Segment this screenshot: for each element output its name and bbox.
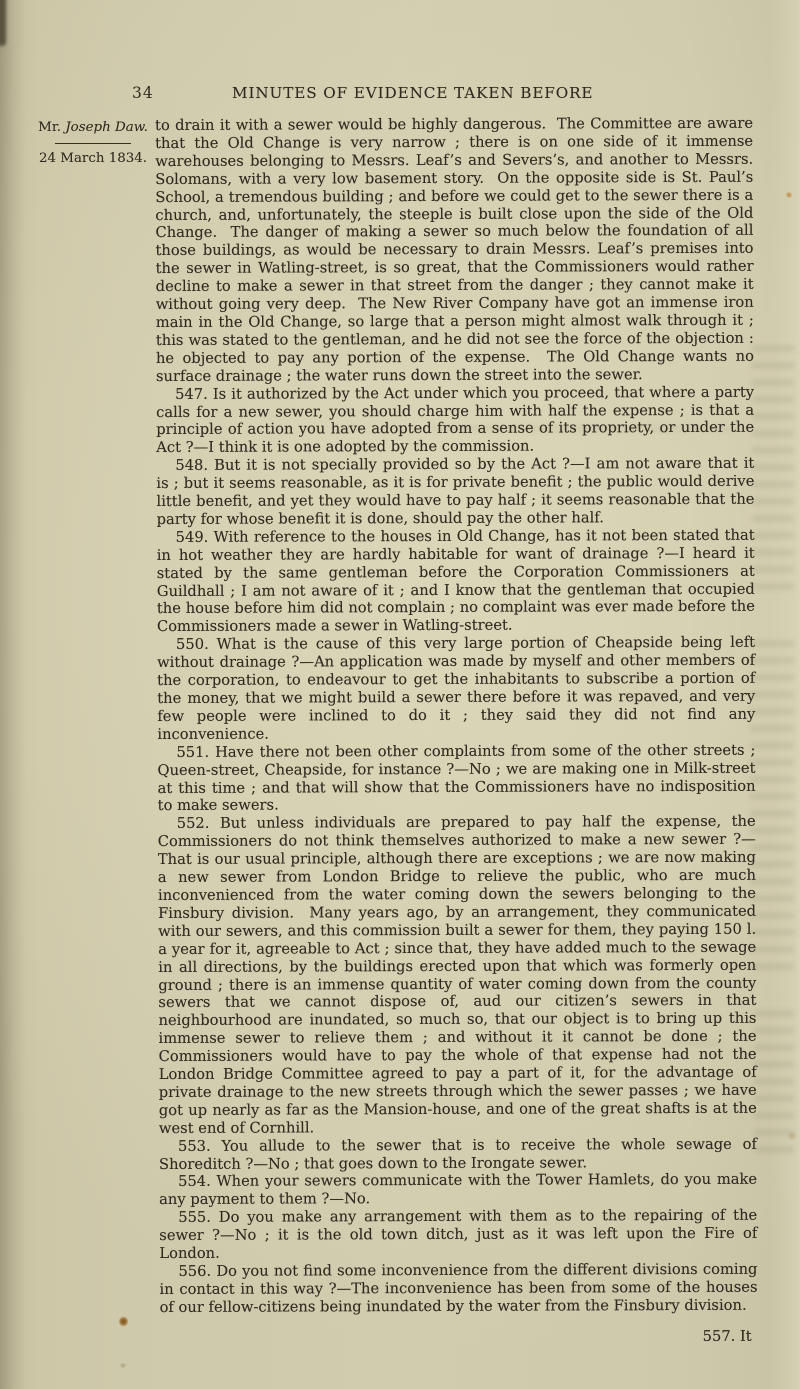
evidence-paragraph-continuation: to drain it with a sewer would be highly…: [155, 115, 754, 386]
evidence-question-548: 548. But it is not specially provided so…: [156, 455, 754, 529]
evidence-question-553: 553. You allude to the sewer that is to …: [159, 1135, 757, 1173]
evidence-question-547: 547. Is it authorized by the Act under w…: [156, 383, 754, 457]
evidence-question-555: 555. Do you make any arrangement with th…: [159, 1207, 757, 1263]
gutter-shadow: [0, 0, 26, 1389]
showthrough-ghost: [430, 425, 730, 439]
witness-surname: Joseph Daw.: [65, 120, 148, 135]
page-number: 34: [132, 84, 154, 102]
margin-note-rule: [55, 143, 131, 144]
evidence-question-556: 556. Do you not find some inconvenience …: [159, 1261, 757, 1317]
evidence-question-551: 551. Have there not been other complaint…: [157, 741, 755, 815]
witness-prefix: Mr.: [38, 120, 61, 135]
evidence-text-block: to drain it with a sewer would be highly…: [155, 115, 758, 1348]
evidence-question-550: 550. What is the cause of this very larg…: [157, 634, 755, 744]
showthrough-ghost: [750, 640, 794, 970]
foxing-stain: [119, 1316, 128, 1327]
evidence-question-552: 552. But unless individuals are prepared…: [158, 813, 757, 1138]
catchword: 557. It: [160, 1327, 758, 1347]
showthrough-ghost: [480, 1040, 720, 1053]
running-title: MINUTES OF EVIDENCE TAKEN BEFORE: [232, 84, 568, 102]
scanned-book-page: 34 MINUTES OF EVIDENCE TAKEN BEFORE Mr. …: [0, 0, 800, 1389]
showthrough-ghost: [752, 345, 794, 595]
foxing-stain: [786, 192, 792, 198]
examination-date: 24 March 1834.: [38, 151, 148, 166]
evidence-question-549: 549. With reference to the houses in Old…: [157, 527, 755, 637]
margin-note: Mr. Joseph Daw. 24 March 1834.: [38, 120, 148, 166]
foxing-stain: [788, 1132, 796, 1140]
evidence-question-554: 554. When your sewers communicate with t…: [159, 1171, 757, 1209]
witness-name: Mr. Joseph Daw.: [38, 120, 148, 135]
foxing-stain: [120, 1363, 126, 1368]
